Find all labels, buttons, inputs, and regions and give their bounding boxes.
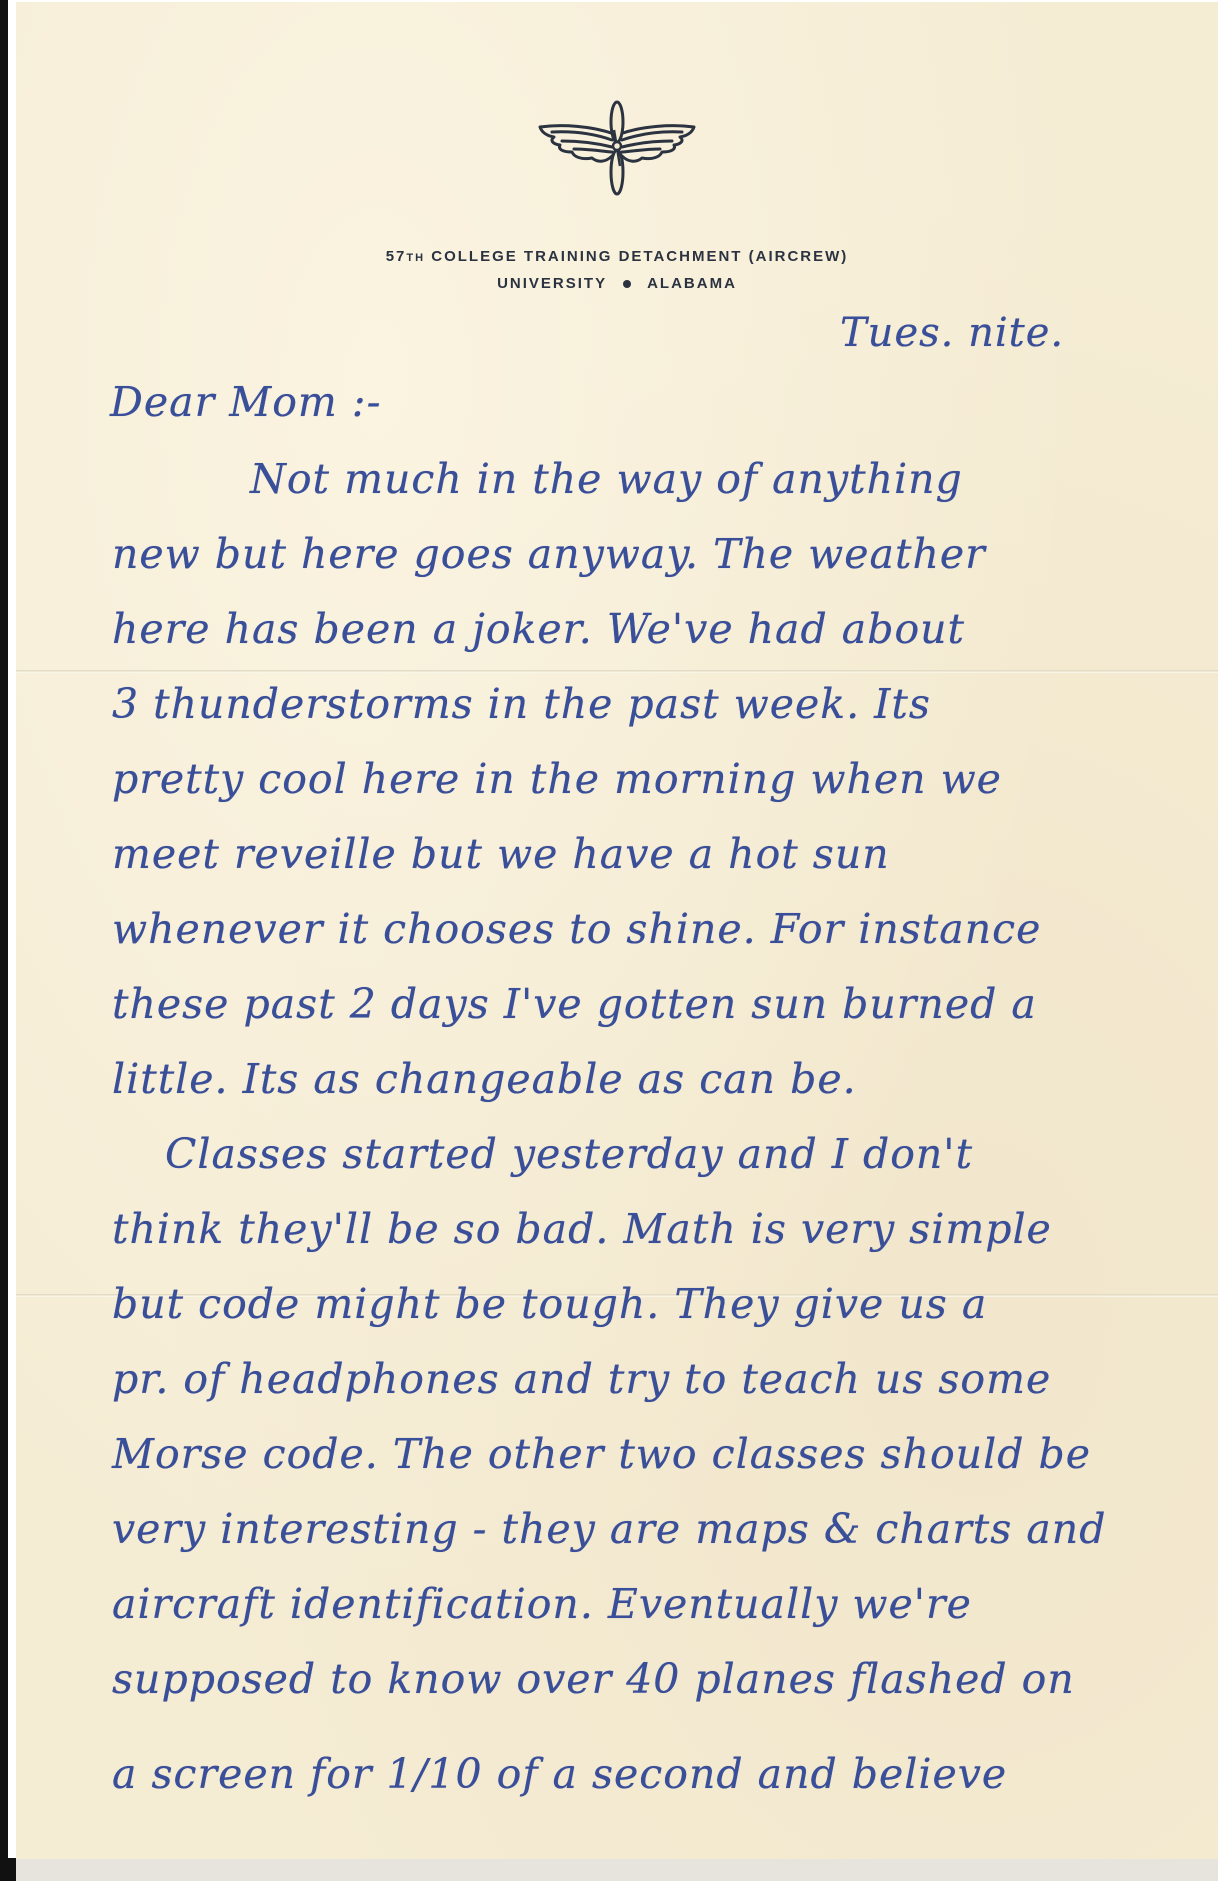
- scanned-letter: 57TH COLLEGE TRAINING DETACHMENT (AIRCRE…: [0, 0, 1218, 1881]
- letter-line: very interesting - they are maps & chart…: [112, 1505, 1106, 1553]
- paper-bottom-shadow: [16, 1859, 1218, 1881]
- letter-line: little. Its as changeable as can be.: [112, 1055, 857, 1103]
- letter-line: 3 thunderstorms in the past week. Its: [112, 680, 931, 728]
- letter-line: pr. of headphones and try to teach us so…: [112, 1355, 1051, 1403]
- unit-number: 57: [386, 248, 407, 265]
- letter-line: meet reveille but we have a hot sun: [112, 830, 890, 878]
- unit-title: COLLEGE TRAINING DETACHMENT (AIRCREW): [425, 248, 848, 265]
- bleed-through-text: [136, 42, 148, 86]
- location-state: ALABAMA: [647, 275, 737, 292]
- letter-line: pretty cool here in the morning when we: [112, 755, 1002, 803]
- scan-border-bottom: [0, 1858, 16, 1881]
- letter-salutation: Dear Mom :-: [110, 378, 381, 426]
- letter-line: new but here goes anyway. The weather: [112, 530, 986, 578]
- letterhead-location: UNIVERSITYALABAMA: [16, 275, 1218, 292]
- location-university: UNIVERSITY: [497, 275, 607, 292]
- army-air-forces-wings-propeller-icon: [532, 100, 702, 200]
- letter-line: supposed to know over 40 planes flashed …: [112, 1655, 1075, 1703]
- letter-line: these past 2 days I've gotten sun burned…: [112, 980, 1037, 1028]
- letter-line: aircraft identification. Eventually we'r…: [112, 1580, 972, 1628]
- unit-ordinal: TH: [406, 252, 425, 264]
- letter-line: Classes started yesterday and I don't: [165, 1130, 973, 1178]
- paper-fold-line: [16, 670, 1218, 673]
- letter-line: whenever it chooses to shine. For instan…: [112, 905, 1041, 953]
- letter-date: Tues. nite.: [840, 310, 1064, 356]
- letter-line: Morse code. The other two classes should…: [112, 1430, 1091, 1478]
- letter-line: but code might be tough. They give us a: [112, 1280, 987, 1328]
- letter-line: here has been a joker. We've had about: [112, 605, 965, 653]
- letter-line: a screen for 1/10 of a second and believ…: [112, 1750, 1007, 1798]
- letter-line: Not much in the way of anything: [250, 455, 963, 503]
- scan-border-left: [0, 0, 8, 1881]
- letterhead-unit-name: 57TH COLLEGE TRAINING DETACHMENT (AIRCRE…: [16, 248, 1218, 265]
- letterhead: 57TH COLLEGE TRAINING DETACHMENT (AIRCRE…: [16, 100, 1218, 292]
- letter-line: think they'll be so bad. Math is very si…: [112, 1205, 1052, 1253]
- bullet-dot-icon: [623, 280, 631, 288]
